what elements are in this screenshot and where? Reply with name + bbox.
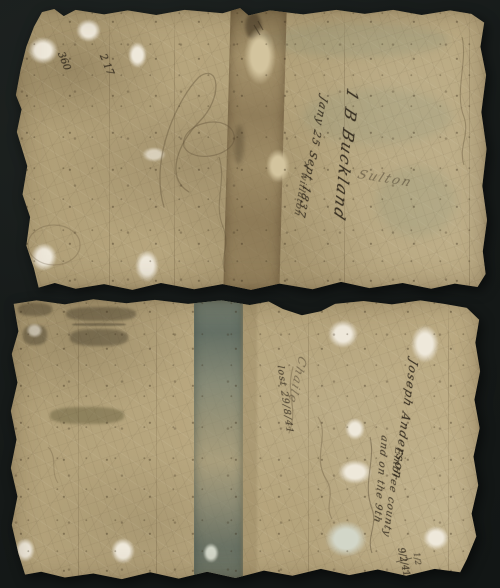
fold-crease: [469, 7, 470, 291]
damage-patch: [15, 538, 35, 562]
upper-note: 360 2 17 1 B Buckland Jany 25 Sept 1837 …: [14, 7, 488, 291]
damage-patch: [338, 460, 372, 484]
inscription-numerals: 2 17: [97, 52, 116, 77]
damage-patch: [345, 418, 365, 440]
print-remnant: [18, 303, 52, 316]
fold-crease: [174, 7, 175, 291]
damage-patch: [325, 521, 367, 557]
damage-patch: [26, 323, 43, 338]
lower-note-paper: Chaile lost 29/8/41 Joseph Anderson and …: [8, 297, 482, 582]
damage-patch: [411, 325, 439, 363]
upper-note-paper: 360 2 17 1 B Buckland Jany 25 Sept 1837 …: [14, 7, 488, 291]
fold-crease: [308, 297, 309, 582]
photograph: 360 2 17 1 B Buckland Jany 25 Sept 1837 …: [0, 0, 500, 588]
inscription-numerals: 360: [55, 50, 72, 72]
inscription-endorsement-name: 1 B Buckland: [330, 85, 362, 224]
damage-patch: [328, 320, 358, 348]
print-remnant: [72, 323, 126, 326]
damage-patch: [142, 147, 166, 162]
fold-crease: [156, 297, 157, 582]
ghost-print: [264, 23, 449, 57]
lower-note-repair-band: [194, 299, 243, 580]
damage-patch: [128, 42, 147, 68]
damage-patch: [423, 526, 449, 550]
damage-patch: [76, 19, 101, 42]
print-remnant: [66, 307, 136, 321]
fold-crease: [448, 297, 449, 582]
damage-patch: [203, 543, 219, 563]
print-remnant: [50, 407, 124, 424]
damage-patch: [244, 27, 276, 85]
damage-patch: [31, 243, 57, 271]
inscription-small-date: 9/2/41: [395, 547, 411, 577]
inscription-fraction: 1/2: [412, 552, 423, 566]
inscription-surname: Sulton: [355, 167, 415, 190]
damage-patch: [28, 37, 58, 64]
damage-patch: [111, 538, 135, 564]
lower-note: Chaile lost 29/8/41 Joseph Anderson and …: [8, 297, 482, 582]
fold-crease: [109, 7, 110, 291]
damage-patch: [266, 149, 290, 183]
damage-patch: [135, 250, 159, 282]
band-edge-strip: [241, 297, 257, 582]
fold-crease: [78, 297, 79, 582]
band-stain: [234, 124, 245, 164]
